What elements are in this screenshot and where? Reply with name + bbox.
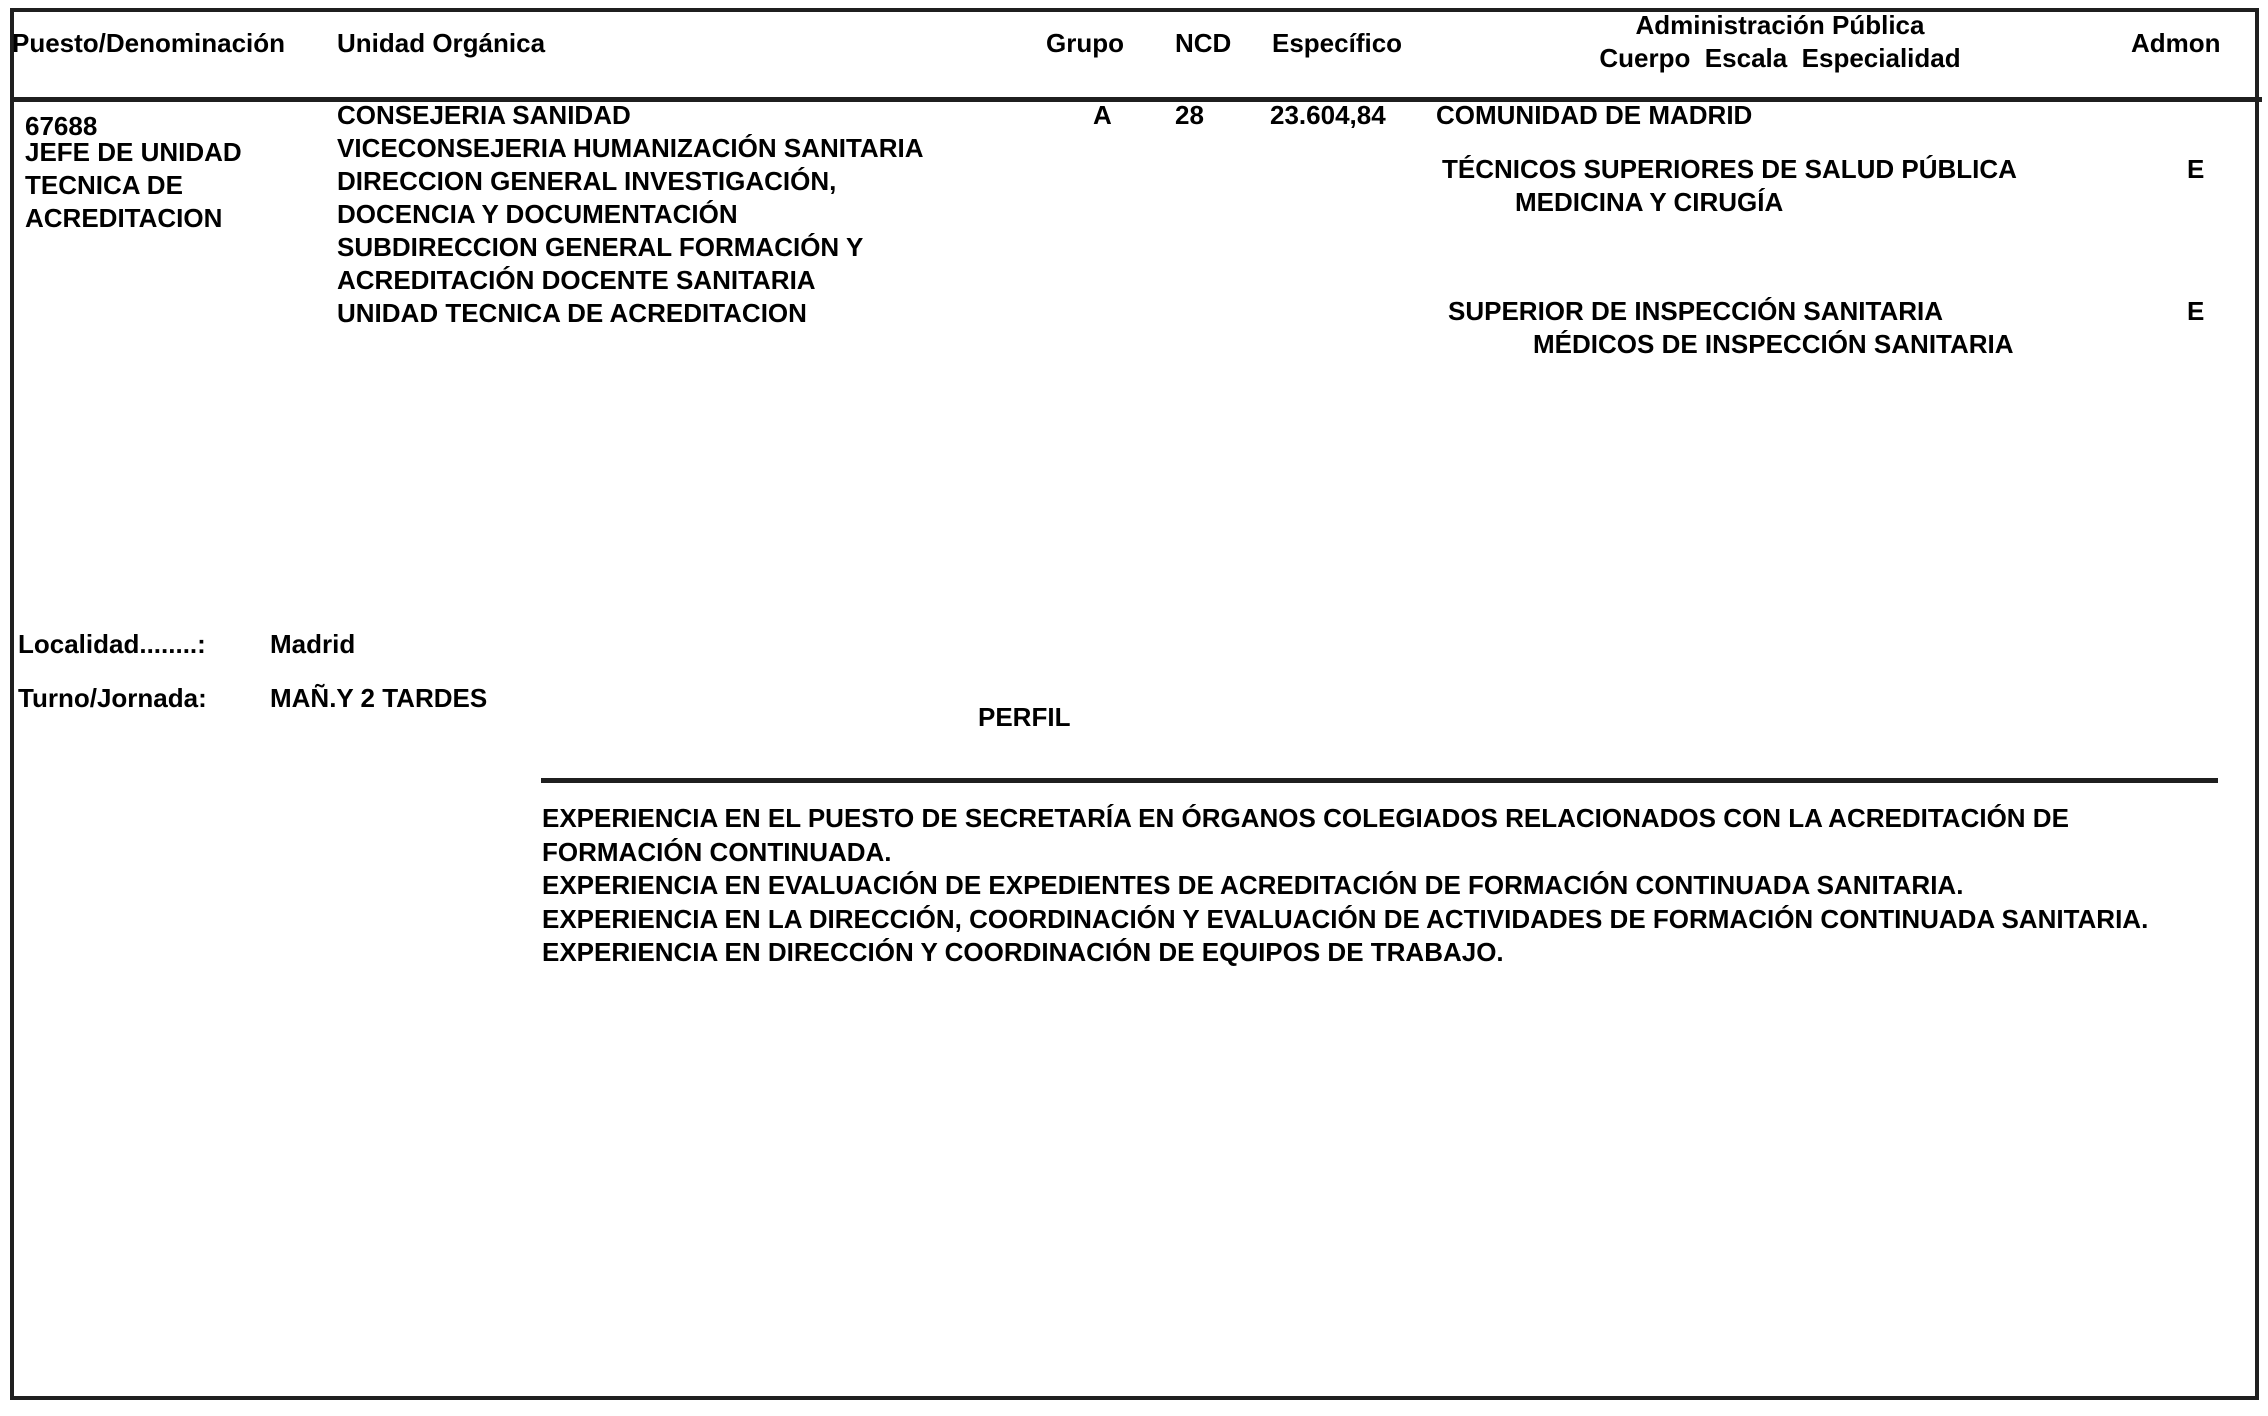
header-unidad: Unidad Orgánica [337, 27, 545, 60]
administracion-value: COMUNIDAD DE MADRID [1436, 99, 1752, 132]
especialidad-2: MÉDICOS DE INSPECCIÓN SANITARIA [1533, 328, 2014, 361]
perfil-item: EXPERIENCIA EN EL PUESTO DE SECRETARÍA E… [542, 802, 2232, 869]
unidad-line: CONSEJERIA SANIDAD [337, 99, 923, 132]
turno-value: MAÑ.Y 2 TARDES [270, 682, 487, 715]
unidad-line: VICECONSEJERIA HUMANIZACIÓN SANITARIA [337, 132, 923, 165]
header-grupo: Grupo [1046, 27, 1124, 60]
especialidad-1: MEDICINA Y CIRUGÍA [1515, 186, 1783, 219]
header-especifico: Específico [1272, 27, 1402, 60]
admon-2: E [2187, 295, 2204, 328]
perfil-rule [541, 778, 2218, 783]
especifico-value: 23.604,84 [1270, 99, 1386, 132]
header-cuerpo-escala: Cuerpo Escala Especialidad [1540, 42, 2020, 75]
unidad-line: ACREDITACIÓN DOCENTE SANITARIA [337, 264, 923, 297]
perfil-item: EXPERIENCIA EN DIRECCIÓN Y COORDINACIÓN … [542, 936, 2232, 970]
cuerpo-1: TÉCNICOS SUPERIORES DE SALUD PÚBLICA [1442, 153, 2017, 186]
header-ncd: NCD [1175, 27, 1231, 60]
header-admin-publica: Administración Pública [1540, 9, 2020, 42]
cuerpo-2: SUPERIOR DE INSPECCIÓN SANITARIA [1448, 295, 1943, 328]
localidad-label: Localidad........: [18, 628, 206, 661]
denominacion-line: TECNICA DE [25, 169, 242, 202]
header-admon: Admon [2131, 27, 2221, 60]
perfil-title: PERFIL [978, 701, 1070, 734]
ncd-value: 28 [1175, 99, 1204, 132]
perfil-item: EXPERIENCIA EN LA DIRECCIÓN, COORDINACIÓ… [542, 903, 2232, 937]
localidad-value: Madrid [270, 628, 355, 661]
unidad-line: SUBDIRECCION GENERAL FORMACIÓN Y [337, 231, 923, 264]
header-puesto: Puesto/Denominación [12, 27, 285, 60]
grupo-value: A [1093, 99, 1112, 132]
unidad-line: UNIDAD TECNICA DE ACREDITACION [337, 297, 923, 330]
denominacion-line: ACREDITACION [25, 202, 242, 235]
turno-label: Turno/Jornada: [18, 682, 207, 715]
perfil-list: EXPERIENCIA EN EL PUESTO DE SECRETARÍA E… [542, 802, 2232, 970]
unidad-organica: CONSEJERIA SANIDAD VICECONSEJERIA HUMANI… [337, 99, 923, 330]
unidad-line: DOCENCIA Y DOCUMENTACIÓN [337, 198, 923, 231]
unidad-line: DIRECCION GENERAL INVESTIGACIÓN, [337, 165, 923, 198]
denominacion-line: JEFE DE UNIDAD [25, 136, 242, 169]
perfil-item: EXPERIENCIA EN EVALUACIÓN DE EXPEDIENTES… [542, 869, 2232, 903]
admon-1: E [2187, 153, 2204, 186]
puesto-denominacion: JEFE DE UNIDAD TECNICA DE ACREDITACION [25, 136, 242, 235]
